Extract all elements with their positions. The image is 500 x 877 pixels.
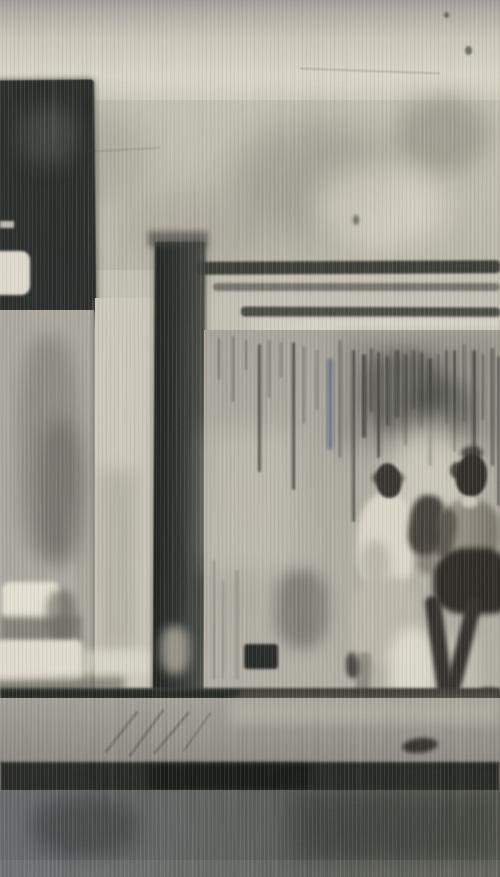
doorway-light-area [206,430,296,570]
street-smudge [290,792,500,862]
drip-mark [352,350,355,522]
drip-mark [232,336,234,402]
base-light-band [82,650,158,674]
street-smudge [30,796,140,858]
wall-smudge [395,95,490,175]
dark-figure-collar [461,496,478,508]
curb-darker-patch [150,764,310,790]
drip-mark [482,354,484,420]
ink-speck [353,215,359,225]
drip-mark [236,570,238,680]
sidewalk-light-streak [230,700,500,724]
column-cap [148,231,208,247]
drip-mark [292,342,295,490]
drip-mark [258,344,261,472]
drip-mark [303,346,305,424]
drip-mark [268,340,270,398]
ink-speck [465,46,472,55]
lintel-line-middle [213,283,500,291]
street-bottom-light-edge [0,860,500,877]
drip-mark [245,340,247,370]
recess-shadow [38,420,84,565]
drip-mark [491,348,494,466]
white-step [0,640,82,682]
ink-speck [444,12,449,18]
drip-mark [316,350,318,410]
drip-mark [222,580,224,680]
drip-mark [213,560,215,680]
panel-white-dash [0,221,14,228]
lintel-line-top [197,260,500,275]
dark-pilaster-column [153,242,205,692]
drip-mark [218,338,220,380]
drip-mark [339,340,341,458]
panel-sheen [18,105,78,165]
wall-light-patch [315,165,445,250]
drip-mark-blue [327,358,333,450]
step-shadow-band [0,616,82,642]
jamb-shadow [98,470,138,650]
panel-white-inset [0,251,30,295]
artwork-canvas [0,0,500,877]
drip-mark [280,342,282,378]
doorway-dark-blotch [276,570,328,648]
lintel-line-bottom [241,307,500,318]
small-dark-box [244,644,278,669]
column-light-patch [161,626,189,674]
